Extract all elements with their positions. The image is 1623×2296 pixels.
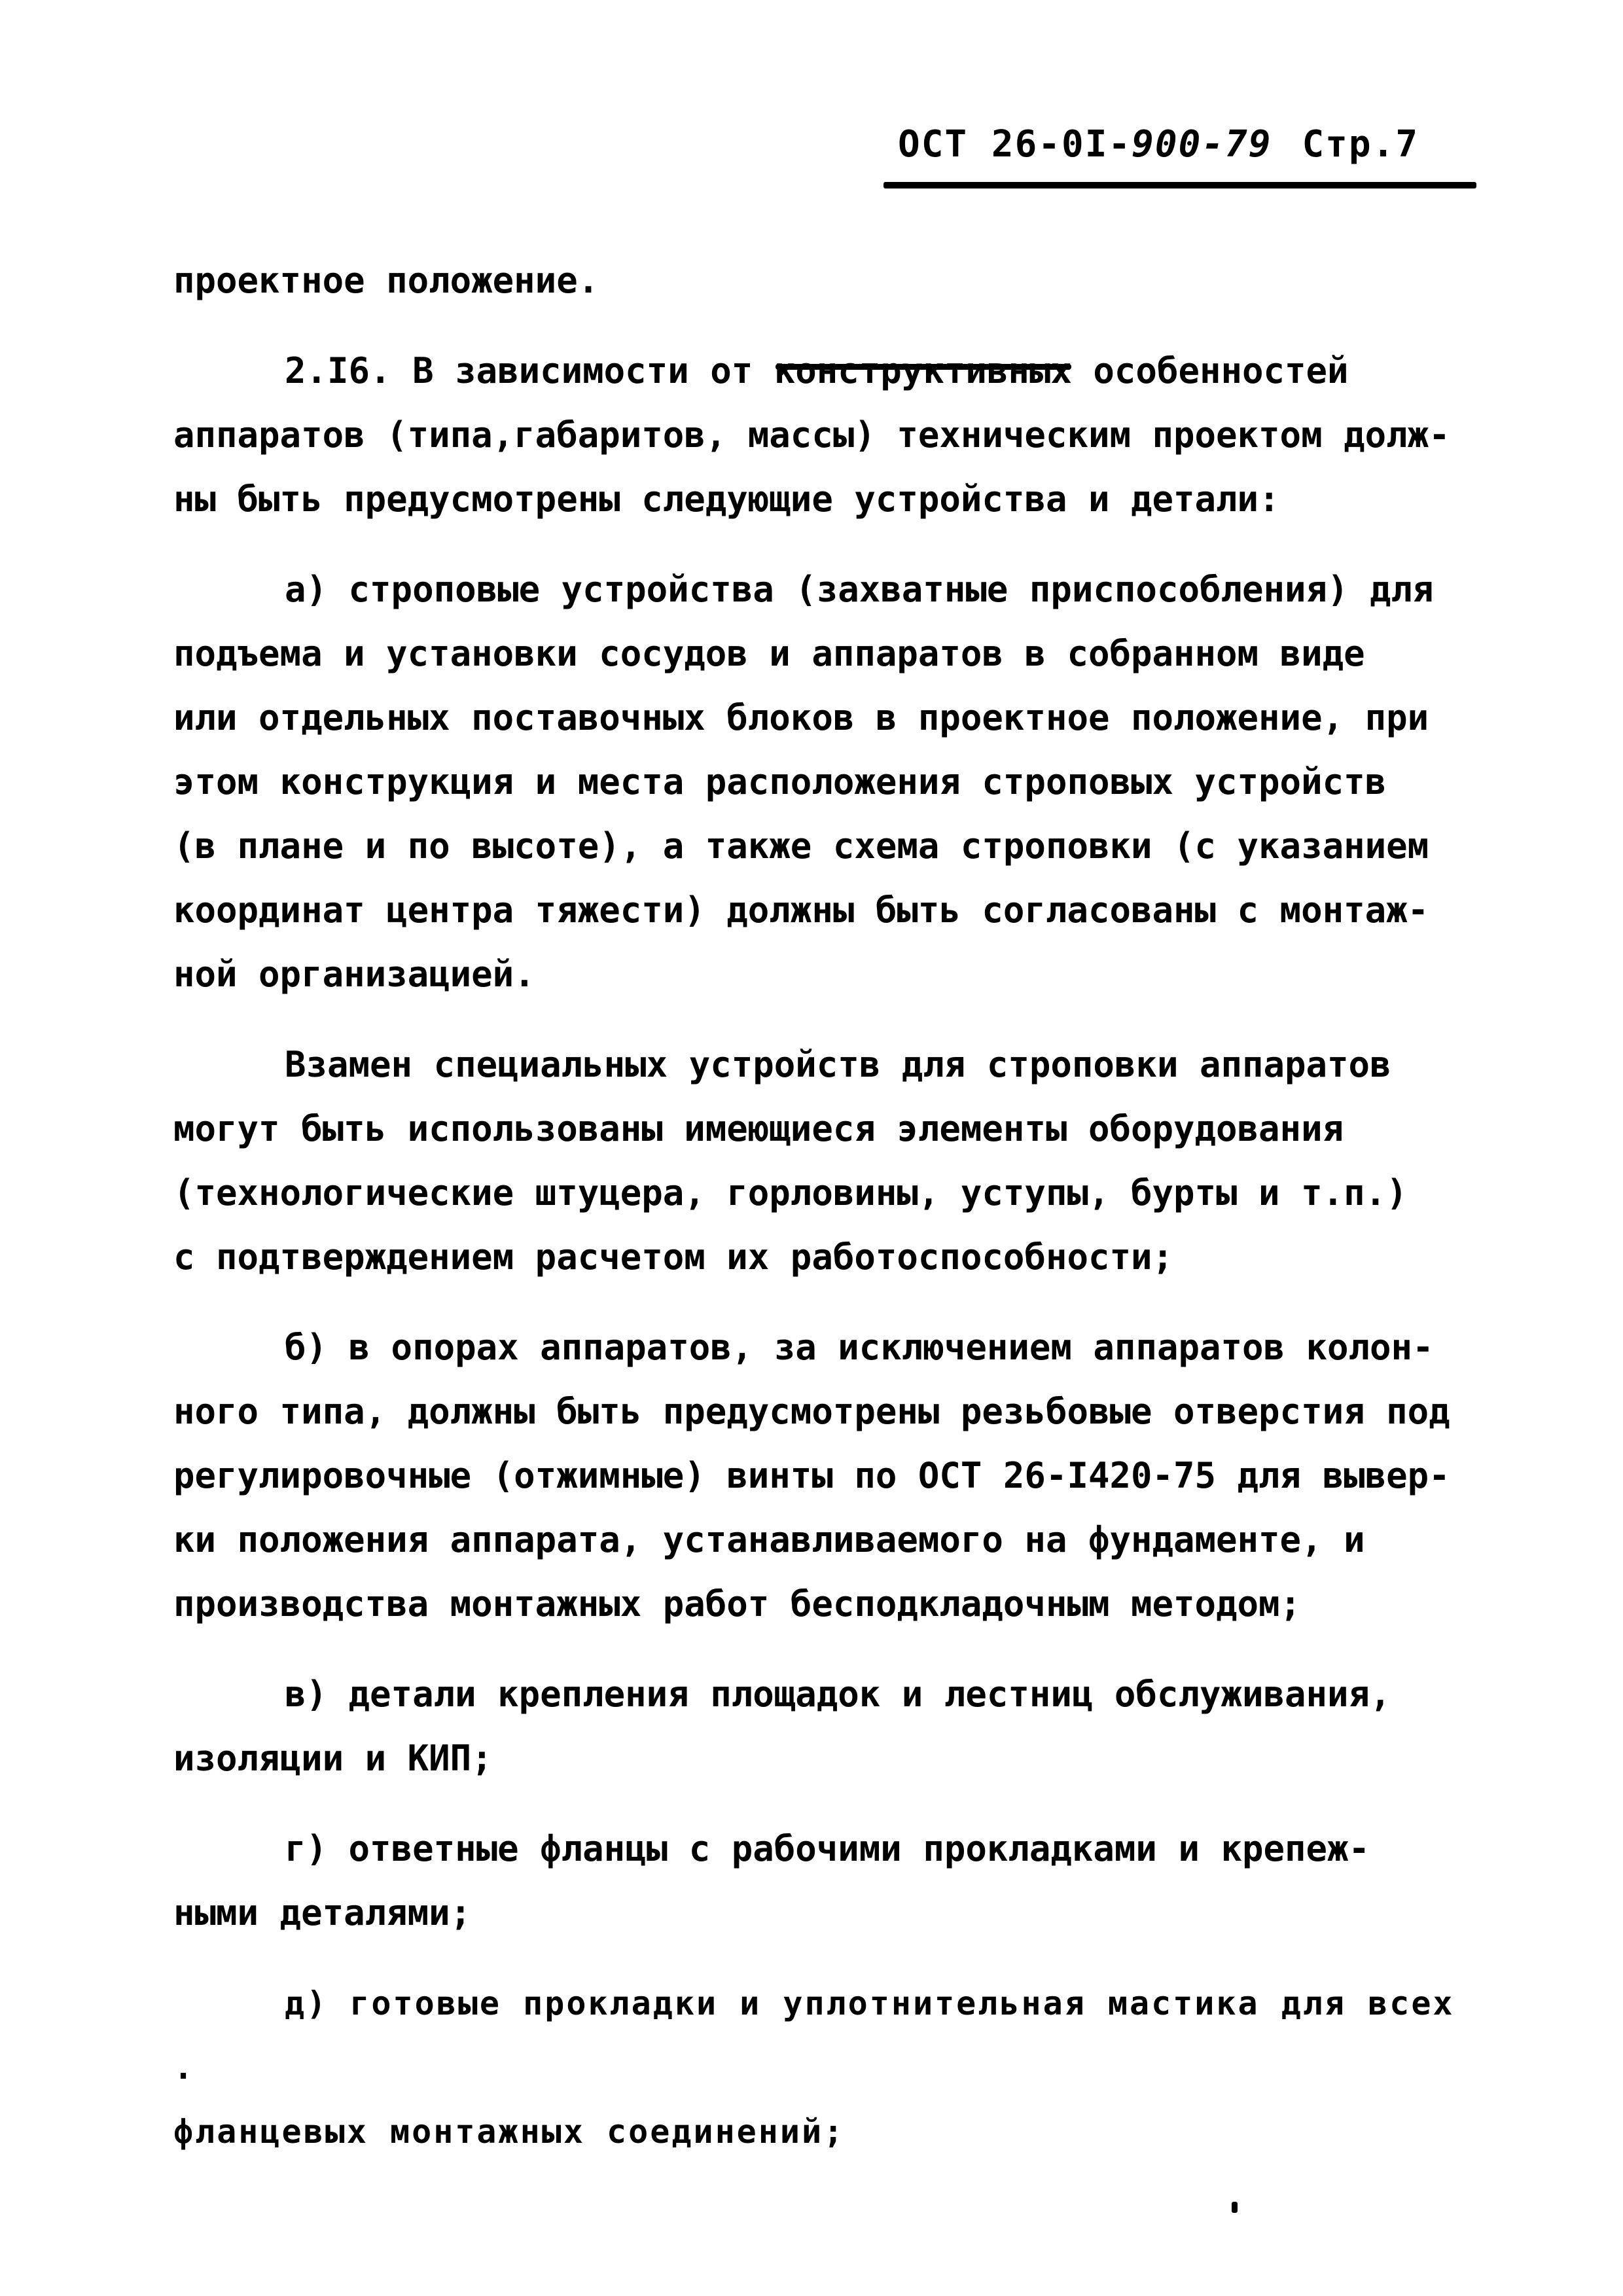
- page-header: ОСТ 26-0I-900-79Стр.7: [898, 123, 1419, 166]
- document-page: ОСТ 26-0I-900-79Стр.7 проектное положени…: [0, 0, 1623, 2296]
- standard-number-handwritten: 900-79: [1132, 123, 1272, 166]
- paragraph-item-b: б) в опорах аппаратов, за исключением ап…: [173, 1316, 1479, 1636]
- ink-speck: [1232, 2202, 1238, 2213]
- page-number-label: Стр.7: [1302, 123, 1419, 166]
- document-body: проектное положение. 2.I6. В зависимости…: [173, 249, 1479, 2190]
- paragraph-item-g: г) ответные фланцы с рабочими прокладкам…: [173, 1817, 1479, 1945]
- paragraph-continuation: проектное положение.: [173, 249, 1479, 313]
- ink-smudge: [776, 364, 1071, 370]
- paragraph-item-d: д) готовые прокладки и уплотнительная ма…: [173, 1971, 1479, 2164]
- standard-number-prefix: ОСТ 26-0I-: [898, 123, 1132, 166]
- paragraph-item-v: в) детали крепления площадок и лестниц о…: [173, 1662, 1479, 1791]
- paragraph-vzamen: Взамен специальных устройств для стропов…: [173, 1033, 1479, 1289]
- paragraph-item-a: а) строповые устройства (захватные присп…: [173, 558, 1479, 1007]
- header-underline: [883, 182, 1476, 188]
